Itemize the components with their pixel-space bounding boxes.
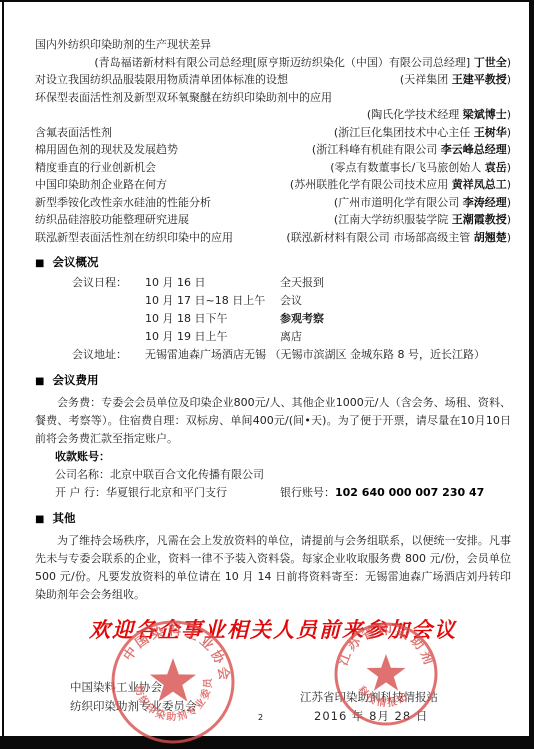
agenda-item: 环保型表面活性剂及新型双环氧聚醚在纺织印染助剂中的应用	[35, 89, 511, 107]
agenda-speaker-name: 丁世全	[474, 56, 507, 69]
document-date: 2016 年 8月 28 日	[314, 707, 438, 726]
section-heading-overview: ■会议概况	[35, 252, 511, 274]
agenda-item: (青岛福诺新材料有限公司总经理[原亨斯迈纺织染化（中国）有限公司总经理] 丁世全…	[35, 54, 511, 72]
fees-paragraph: 会务费：专委会会员单位及印染企业800元/人、其他企业1000元/人（含会务、场…	[35, 394, 511, 448]
agenda-speaker-org: (陶氏化学技术经理	[367, 108, 463, 121]
schedule-row: 10 月 19 日上午离店	[72, 328, 511, 346]
payment-block: 收款账号： 公司名称：北京中联百合文化传播有限公司 开 户 行：华夏银行北京和平…	[55, 448, 511, 502]
address-row: 会议地址：无锡雷迪森广场酒店无锡 （无锡市滨湖区 金城东路 8 号，近长江路）	[72, 346, 511, 364]
page-number: 2	[258, 708, 263, 727]
agenda-title: 含氟表面活性剂	[35, 124, 112, 142]
agenda-speaker-name: 王树华	[474, 126, 507, 139]
agenda-speaker-org: (零点有数董事长/飞马旅创始人	[330, 161, 485, 174]
payment-bank-row: 开 户 行：华夏银行北京和平门支行 银行账号：102 640 000 007 2…	[55, 484, 511, 502]
schedule-block: 会议日程：10 月 16 日全天报到 10 月 17 日~18 日上午会议 10…	[72, 274, 511, 364]
other-paragraph: 为了维持会场秩序，凡需在会上发放资料的单位，请提前与会务组联系，以便统一安排。凡…	[35, 532, 511, 604]
agenda-item: 新型季铵化改性亲水硅油的性能分析(广州市道明化学有限公司 李涛经理)	[35, 194, 511, 212]
payment-company-row: 公司名称：北京中联百合文化传播有限公司	[55, 466, 511, 484]
agenda-item: 精度垂直的行业创新机会(零点有数董事长/飞马旅创始人 袁岳)	[35, 159, 511, 177]
agenda-item: 含氟表面活性剂(浙江巨化集团技术中心主任 王树华)	[35, 124, 511, 142]
agenda-title: 对设立我国纺织品服装限用物质清单团体标准的设想	[35, 71, 288, 89]
agenda-speaker-org: (浙江科峰有机硅有限公司	[312, 143, 441, 156]
agenda-title: 联泓新型表面活性剂在纺织印染中的应用	[35, 229, 233, 247]
address-label: 会议地址：	[72, 346, 145, 364]
agenda-speaker-org: (江南大学纺织服装学院	[334, 213, 452, 226]
welcome-slogan: 欢迎各企事业相关人员前来参加会议	[35, 614, 511, 644]
scan-edge-top	[0, 0, 534, 2]
right-organization: 江苏省印染助剂科技情报站 2016 年 8月 28 日	[300, 688, 438, 726]
payment-heading: 收款账号：	[55, 448, 511, 466]
payment-account-number: 102 640 000 007 230 47	[335, 486, 484, 499]
agenda-item: (陶氏化学技术经理 梁斌博士)	[35, 106, 511, 124]
agenda-speaker-org: (天祥集团	[400, 73, 452, 86]
payment-bank: 华夏银行北京和平门支行	[106, 486, 227, 499]
agenda-speaker-name: 李涛经理	[463, 196, 507, 209]
agenda-title: 纺织品硅溶胶功能整理研究进展	[35, 211, 189, 229]
agenda-title: 国内外纺织印染助剂的生产现状差异	[35, 36, 211, 54]
payment-company: 北京中联百合文化传播有限公司	[110, 468, 264, 481]
agenda-item: 纺织品硅溶胶功能整理研究进展(江南大学纺织服装学院 王潮霞教授)	[35, 211, 511, 229]
agenda-speaker-org: (青岛福诺新材料有限公司总经理[原亨斯迈纺织染化（中国）有限公司总经理]	[94, 56, 473, 69]
section-heading-fees: ■会议费用	[35, 370, 511, 392]
agenda-speaker-name: 袁岳	[485, 161, 507, 174]
agenda-speaker-name: 黄祥凤总工	[452, 178, 507, 191]
agenda-speaker-name: 胡翘楚	[474, 231, 507, 244]
agenda-title: 棉用固色剂的现状及发展趋势	[35, 141, 178, 159]
agenda-item: 国内外纺织印染助剂的生产现状差异	[35, 36, 511, 54]
agenda-speaker-org: (广州市道明化学有限公司	[334, 196, 463, 209]
agenda-item: 联泓新型表面活性剂在纺织印染中的应用(联泓新材料有限公司 市场部高级主管 胡翘楚…	[35, 229, 511, 247]
section-heading-other: ■其他	[35, 508, 511, 530]
agenda-title: 环保型表面活性剂及新型双环氧聚醚在纺织印染助剂中的应用	[35, 89, 332, 107]
agenda-title: 新型季铵化改性亲水硅油的性能分析	[35, 194, 211, 212]
bullet-square-icon: ■	[35, 258, 44, 269]
schedule-row: 10 月 17 日~18 日上午会议	[72, 292, 511, 310]
schedule-row: 会议日程：10 月 16 日全天报到	[72, 274, 511, 292]
agenda-item: 棉用固色剂的现状及发展趋势(浙江科峰有机硅有限公司 李云峰总经理)	[35, 141, 511, 159]
agenda-speaker-org: (苏州联胜化学有限公司技术应用	[290, 178, 452, 191]
agenda-item: 中国印染助剂企业路在何方(苏州联胜化学有限公司技术应用 黄祥凤总工)	[35, 176, 511, 194]
bullet-square-icon: ■	[35, 376, 44, 387]
agenda-speaker-org: (浙江巨化集团技术中心主任	[334, 126, 474, 139]
address-value: 无锡雷迪森广场酒店无锡 （无锡市滨湖区 金城东路 8 号，近长江路）	[145, 346, 485, 364]
agenda-speaker-name: 梁斌博士	[463, 108, 507, 121]
agenda-item: 对设立我国纺织品服装限用物质清单团体标准的设想(天祥集团 王建平教授)	[35, 71, 511, 89]
document-body: 国内外纺织印染助剂的生产现状差异 (青岛福诺新材料有限公司总经理[原亨斯迈纺织染…	[35, 36, 511, 644]
schedule-label: 会议日程：	[72, 274, 145, 292]
agenda-list: 国内外纺织印染助剂的生产现状差异 (青岛福诺新材料有限公司总经理[原亨斯迈纺织染…	[35, 36, 511, 246]
scan-edge-left	[2, 0, 4, 749]
agenda-speaker-name: 李云峰总经理	[441, 143, 507, 156]
scan-edge-right	[529, 0, 534, 749]
agenda-speaker-name: 王潮霞教授	[452, 213, 507, 226]
agenda-title: 中国印染助剂企业路在何方	[35, 176, 167, 194]
bullet-square-icon: ■	[35, 514, 44, 525]
footer: 中国染料工业协会 纺织印染助剂专业委员会 江苏省印染助剂科技情报站 2016 年…	[0, 648, 534, 748]
agenda-title: 精度垂直的行业创新机会	[35, 159, 156, 177]
left-organization: 中国染料工业协会 纺织印染助剂专业委员会	[70, 678, 197, 716]
schedule-row: 10 月 18 日下午参观考察	[72, 310, 511, 328]
agenda-speaker-name: 王建平教授	[452, 73, 507, 86]
agenda-speaker-org: (联泓新材料有限公司 市场部高级主管	[286, 231, 473, 244]
